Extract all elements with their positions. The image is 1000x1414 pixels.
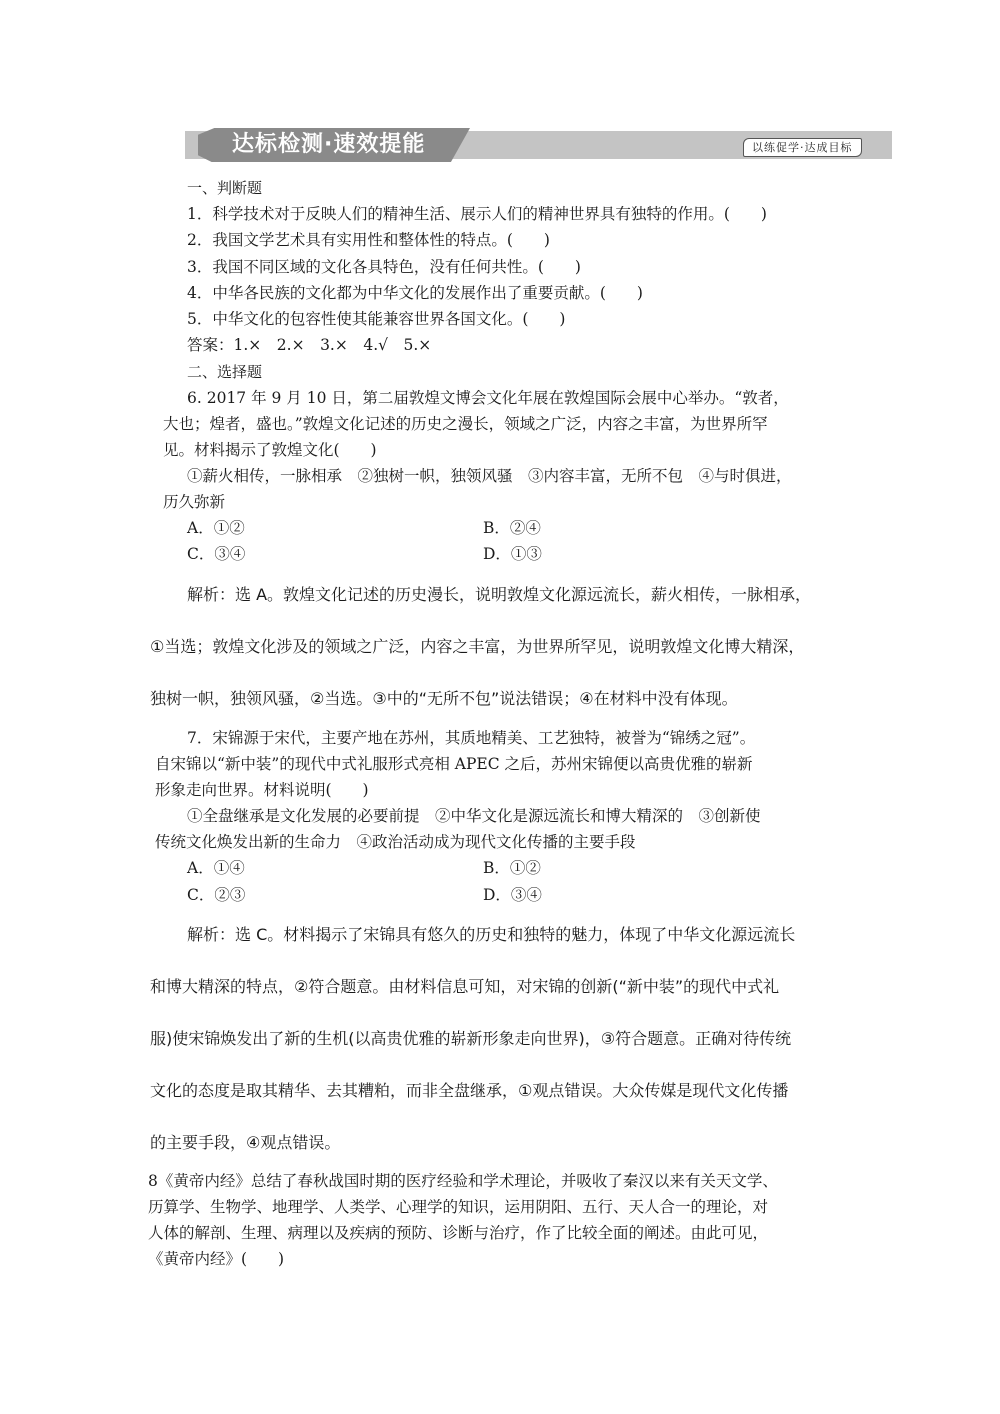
judgement-item-3: 3．我国不同区域的文化各具特色，没有任何共性。( ) [187, 256, 581, 278]
q6-analysis-1: 解析：选 A。敦煌文化记述的历史漫长，说明敦煌文化源远流长，薪火相传，一脉相承， [187, 584, 811, 606]
q6-line-3: 见。材料揭示了敦煌文化( ) [163, 439, 377, 461]
q7-statements-2: 传统文化焕发出新的生命力 ④政治活动成为现代文化传播的主要手段 [155, 831, 636, 853]
q7-option-d: D．③④ [483, 884, 542, 906]
q7-analysis-1: 解析：选 C。材料揭示了宋锦具有悠久的历史和独特的魅力，体现了中华文化源远流长 [187, 924, 795, 946]
q6-line-2: 大也；煌者，盛也。”敦煌文化记述的历史之漫长，领域之广泛，内容之丰富，为世界所罕 [163, 413, 768, 435]
q7-option-c: C．②③ [187, 884, 245, 906]
q6-analysis-2: ①当选；敦煌文化涉及的领域之广泛，内容之丰富，为世界所罕见，说明敦煌文化博大精深… [150, 636, 804, 658]
q6-line-1: 6. 2017 年 9 月 10 日，第二届敦煌文博会文化年展在敦煌国际会展中心… [187, 387, 789, 409]
section-heading-judgement: 一、判断题 [187, 177, 262, 199]
q8-line-4: 《黄帝内经》( ) [148, 1248, 284, 1270]
banner-tag: 以练促学·达成目标 [743, 138, 862, 157]
q7-analysis-2: 和博大精深的特点，②符合题意。由材料信息可知，对宋锦的创新(“新中装”的现代中式… [150, 976, 779, 998]
q6-option-a: A．①② [187, 517, 245, 539]
answer-label: 答案： [187, 336, 234, 354]
q7-option-a: A．①④ [187, 857, 245, 879]
q6-statements-1: ①薪火相传，一脉相承 ②独树一帜，独领风骚 ③内容丰富，无所不包 ④与时俱进， [187, 465, 792, 487]
q6-option-b: B．②④ [483, 517, 541, 539]
section-heading-choice: 二、选择题 [187, 361, 262, 383]
q7-analysis-4: 文化的态度是取其精华、去其糟粕，而非全盘继承，①观点错误。大众传媒是现代文化传播 [150, 1080, 788, 1102]
q6-option-d: D．①③ [483, 543, 542, 565]
q7-analysis-5: 的主要手段，④观点错误。 [150, 1132, 340, 1154]
judgement-item-1: 1．科学技术对于反映人们的精神生活、展示人们的精神世界具有独特的作用。( ) [187, 203, 767, 225]
q7-analysis-3: 服)使宋锦焕发出了新的生机(以高贵优雅的崭新形象走向世界)，③符合题意。正确对待… [150, 1028, 791, 1050]
judgement-item-5: 5．中华文化的包容性使其能兼容世界各国文化。( ) [187, 308, 565, 330]
judgement-answer: 答案：1.× 2.× 3.× 4.√ 5.× [187, 334, 431, 356]
answer-values: 1.× 2.× 3.× 4.√ 5.× [234, 336, 432, 354]
judgement-item-2: 2．我国文学艺术具有实用性和整体性的特点。( ) [187, 229, 550, 251]
q8-line-2: 历算学、生物学、地理学、人类学、心理学的知识，运用阴阳、五行、天人合一的理论，对 [148, 1196, 768, 1218]
q7-line-1: 7．宋锦源于宋代，主要产地在苏州，其质地精美、工艺独特，被誉为“锦绣之冠”。 [187, 727, 755, 749]
q7-line-2: 自宋锦以“新中装”的现代中式礼服形式亮相 APEC 之后，苏州宋锦便以高贵优雅的… [155, 753, 753, 775]
judgement-item-4: 4．中华各民族的文化都为中华文化的发展作出了重要贡献。( ) [187, 282, 643, 304]
q6-option-c: C．③④ [187, 543, 245, 565]
banner-title: 达标检测·速效提能 [232, 130, 425, 160]
q8-line-1: 8《黄帝内经》总结了春秋战国时期的医疗经验和学术理论，并吸收了秦汉以来有关天文学… [148, 1170, 778, 1192]
q8-line-3: 人体的解剖、生理、病理以及疾病的预防、诊断与治疗，作了比较全面的阐述。由此可见， [148, 1222, 768, 1244]
q6-analysis-3: 独树一帜，独领风骚，②当选。③中的“无所不包”说法错误；④在材料中没有体现。 [150, 688, 738, 710]
q7-line-3: 形象走向世界。材料说明( ) [155, 779, 369, 801]
q6-statements-2: 历久弥新 [163, 491, 225, 513]
q7-statements-1: ①全盘继承是文化发展的必要前提 ②中华文化是源远流长和博大精深的 ③创新使 [187, 805, 761, 827]
q7-option-b: B．①② [483, 857, 541, 879]
